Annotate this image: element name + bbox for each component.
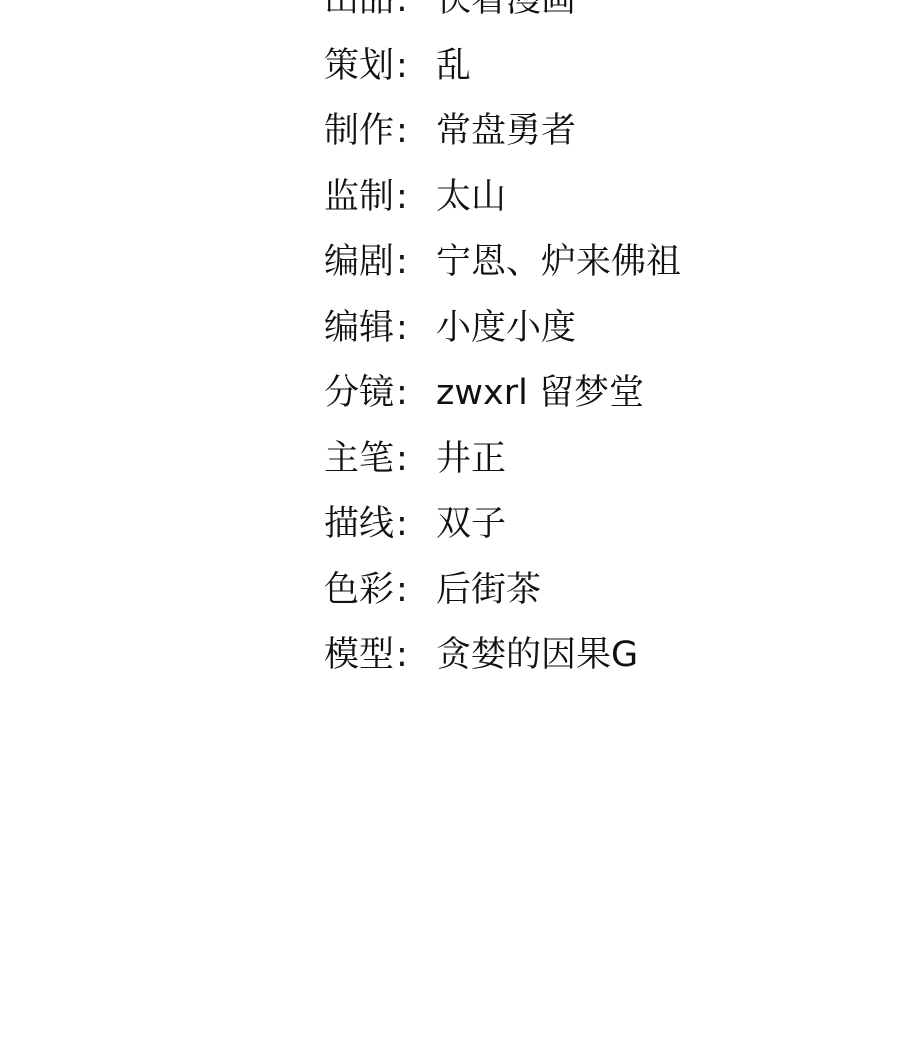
credit-name: 贪婪的因果G xyxy=(436,638,638,673)
credit-role: 编辑 xyxy=(324,311,396,346)
credit-role: 主笔 xyxy=(324,442,396,477)
credit-role: 制作 xyxy=(324,114,396,149)
credit-separator: : xyxy=(396,0,436,18)
credit-row-editor: 编辑:小度小度 xyxy=(324,296,681,362)
credit-name: 太山 xyxy=(436,180,506,215)
credit-name: 井正 xyxy=(436,442,506,477)
credit-role: 编剧 xyxy=(324,245,396,280)
credit-row-storyboard: 分镜:zwxrl 留梦堂 xyxy=(324,361,681,427)
credit-row-lead-artist: 主笔:井正 xyxy=(324,427,681,493)
credit-role: 监制 xyxy=(324,180,396,215)
credit-row-production: 制作:常盘勇者 xyxy=(324,99,681,165)
credit-separator: : xyxy=(396,638,436,673)
credit-row-line-art: 描线:双子 xyxy=(324,492,681,558)
credit-role: 色彩 xyxy=(324,573,396,608)
credit-separator: : xyxy=(396,114,436,149)
credit-name: 宁恩、炉来佛祖 xyxy=(436,245,681,280)
credit-separator: : xyxy=(396,573,436,608)
credit-row-publisher: 出品:快看漫画 xyxy=(324,0,681,34)
credits-list: 出品:快看漫画 策划:乱 制作:常盘勇者 监制:太山 编剧:宁恩、炉来佛祖 编辑… xyxy=(324,0,681,689)
credit-role: 模型 xyxy=(324,638,396,673)
credit-separator: : xyxy=(396,49,436,84)
credit-role: 分镜 xyxy=(324,376,396,411)
credit-row-screenwriter: 编剧:宁恩、炉来佛祖 xyxy=(324,230,681,296)
credit-name: 小度小度 xyxy=(436,311,576,346)
credit-row-color: 色彩:后街茶 xyxy=(324,558,681,624)
credit-row-supervisor: 监制:太山 xyxy=(324,165,681,231)
credit-row-model: 模型:贪婪的因果G xyxy=(324,623,681,689)
credit-separator: : xyxy=(396,376,436,411)
credit-separator: : xyxy=(396,180,436,215)
credit-name: 快看漫画 xyxy=(436,0,576,18)
credit-role: 描线 xyxy=(324,507,396,542)
credit-name: 常盘勇者 xyxy=(436,114,576,149)
credit-name: 乱 xyxy=(436,49,471,84)
credit-name: zwxrl 留梦堂 xyxy=(436,376,644,411)
credit-name: 后街茶 xyxy=(436,573,541,608)
credit-separator: : xyxy=(396,311,436,346)
credit-role: 出品 xyxy=(324,0,396,18)
credit-role: 策划 xyxy=(324,49,396,84)
credit-separator: : xyxy=(396,442,436,477)
credit-row-planning: 策划:乱 xyxy=(324,34,681,100)
credit-separator: : xyxy=(396,507,436,542)
credit-name: 双子 xyxy=(436,507,506,542)
credit-separator: : xyxy=(396,245,436,280)
